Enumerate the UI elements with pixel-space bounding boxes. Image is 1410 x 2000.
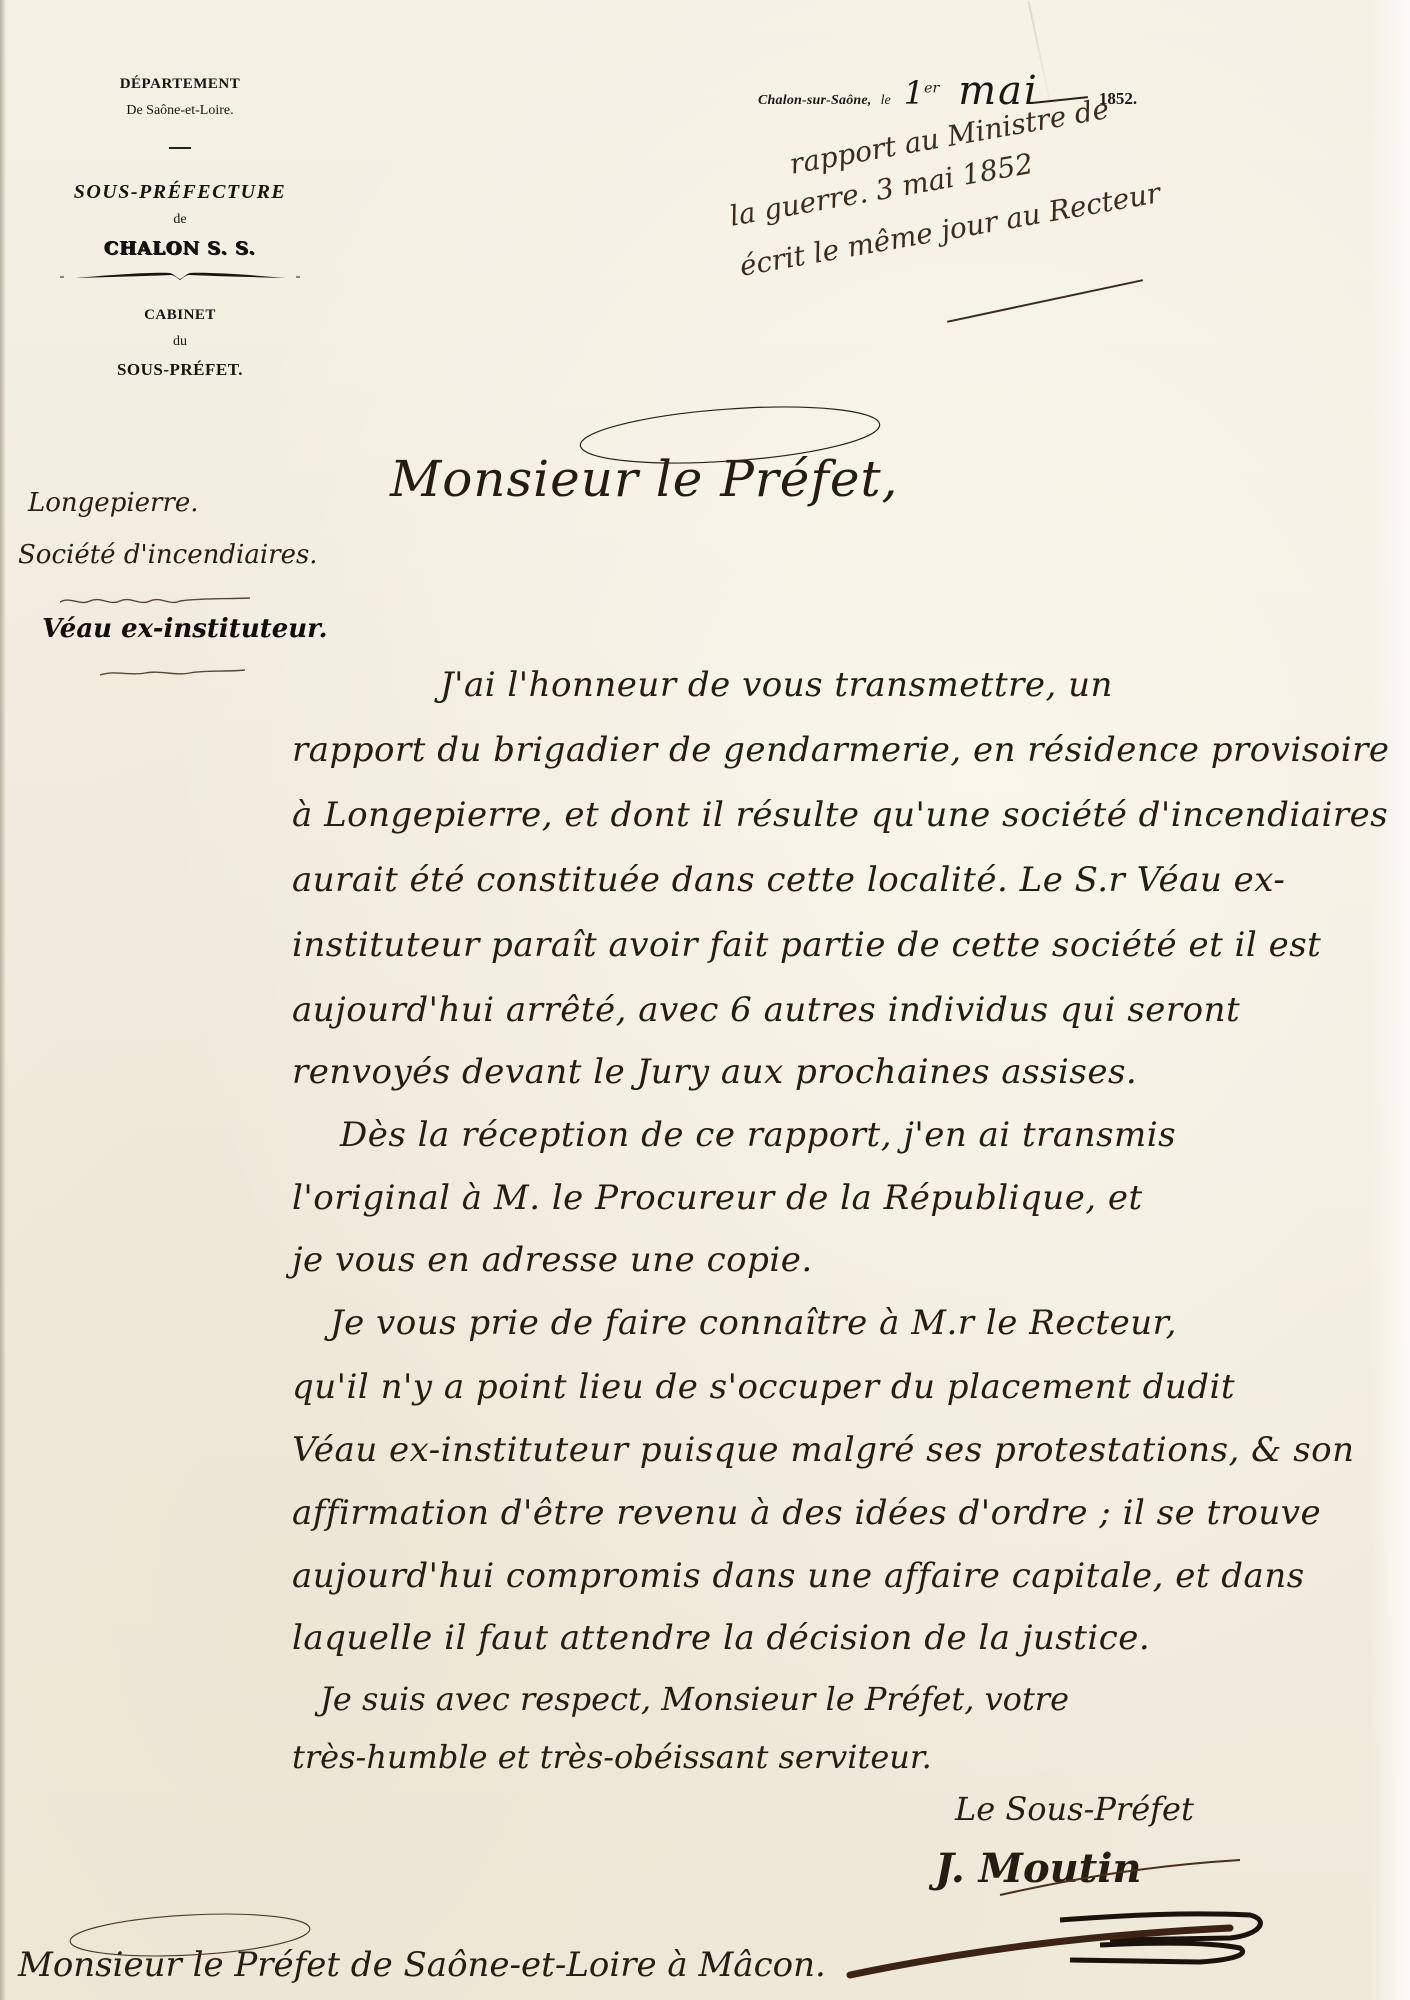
body-line: affirmation d'être revenu à des idées d'…	[292, 1493, 1321, 1533]
office-title: SOUS-PRÉFECTURE	[40, 181, 320, 204]
margin-note-person: Véau ex-instituteur.	[42, 614, 328, 644]
body-line: Véau ex-instituteur puisque malgré ses p…	[292, 1430, 1355, 1470]
department-label: DÉPARTEMENT	[40, 76, 320, 93]
date-day: 1er	[904, 74, 939, 112]
margin-note-place: Longepierre.	[28, 488, 199, 518]
signature-flourish-icon	[830, 1820, 1350, 1980]
body-line: J'ai l'honneur de vous transmettre, un	[440, 665, 1113, 705]
squiggle-divider-icon	[100, 668, 245, 678]
annotation-underline	[947, 279, 1143, 323]
ornamental-rule-icon	[60, 269, 300, 281]
office-city: CHALON S. S.	[40, 238, 320, 259]
body-line: renvoyés devant le Jury aux prochaines a…	[292, 1052, 1137, 1092]
letterhead-divider	[169, 147, 191, 149]
department-name: De Saône-et-Loire.	[40, 103, 320, 119]
squiggle-divider-icon	[60, 596, 250, 606]
date-le: le	[881, 93, 891, 108]
body-line: instituteur paraît avoir fait partie de …	[292, 925, 1321, 965]
cabinet-label: CABINET	[40, 307, 320, 324]
date-day-number: 1	[904, 74, 924, 112]
body-line: à Longepierre, et dont il résulte qu'une…	[292, 795, 1388, 835]
letter-page: DÉPARTEMENT De Saône-et-Loire. SOUS-PRÉF…	[0, 0, 1410, 2000]
salutation-flourish-icon	[570, 395, 900, 475]
body-line: aujourd'hui arrêté, avec 6 autres indivi…	[292, 990, 1240, 1030]
office-de: de	[40, 212, 320, 228]
date-place: Chalon-sur-Saône,	[758, 93, 872, 108]
body-line: laquelle il faut attendre la décision de…	[292, 1618, 1150, 1658]
cabinet-title: SOUS-PRÉFET.	[40, 360, 320, 380]
body-line: rapport du brigadier de gendarmerie, en …	[292, 730, 1389, 770]
body-line: Je vous prie de faire connaître à M.r le…	[330, 1303, 1177, 1343]
closing-line: très-humble et très-obéissant serviteur.	[292, 1738, 932, 1776]
date-day-suffix: er	[924, 80, 939, 96]
letterhead: DÉPARTEMENT De Saône-et-Loire. SOUS-PRÉF…	[40, 70, 320, 380]
body-line: aujourd'hui compromis dans une affaire c…	[292, 1556, 1305, 1596]
body-line: Dès la réception de ce rapport, j'en ai …	[340, 1115, 1176, 1155]
addressee-flourish-icon	[60, 1905, 320, 1965]
paper-edge-right	[1370, 0, 1410, 2000]
body-line: aurait été constituée dans cette localit…	[292, 860, 1285, 900]
body-line: qu'il n'y a point lieu de s'occuper du p…	[292, 1367, 1235, 1407]
cabinet-du: du	[40, 334, 320, 350]
paper-edge-left	[0, 0, 6, 2000]
closing-line: Je suis avec respect, Monsieur le Préfet…	[320, 1680, 1069, 1718]
body-line: je vous en adresse une copie.	[292, 1240, 813, 1280]
body-line: l'original à M. le Procureur de la Répub…	[292, 1178, 1143, 1218]
margin-note-subject: Société d'incendiaires.	[18, 540, 318, 570]
